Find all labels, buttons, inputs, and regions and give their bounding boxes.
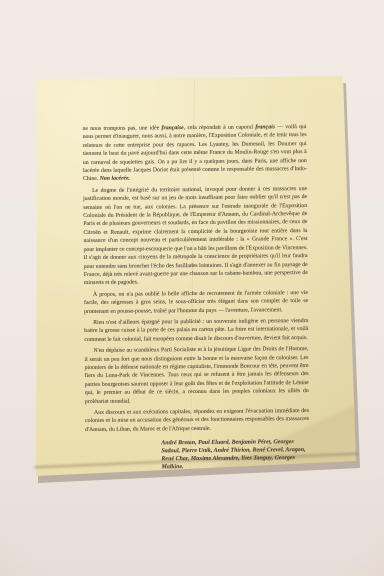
tract-paragraph: ne nous trompons pas, une idée française… (82, 123, 307, 184)
tract-paragraph: N'en déplaise au scandaleux Parti Social… (84, 345, 309, 406)
tract-paragraph: Le dogme de l'intégrité du territoire na… (83, 185, 308, 288)
tract-paragraph: Rien n'est d'ailleurs épargné pour la pu… (84, 317, 308, 344)
signatures-block: André Breton, Paul Eluard, Benjamin Pére… (161, 439, 307, 472)
tract-text-block: ne nous trompons pas, une idée française… (82, 123, 309, 473)
photo-backdrop: ne nous trompons pas, une idée française… (0, 0, 384, 576)
tract-paragraph: Aux discours et aux exécutions capitales… (85, 407, 309, 434)
tract-paragraph: À propos, on n'a pas oublié la belle aff… (84, 289, 308, 316)
